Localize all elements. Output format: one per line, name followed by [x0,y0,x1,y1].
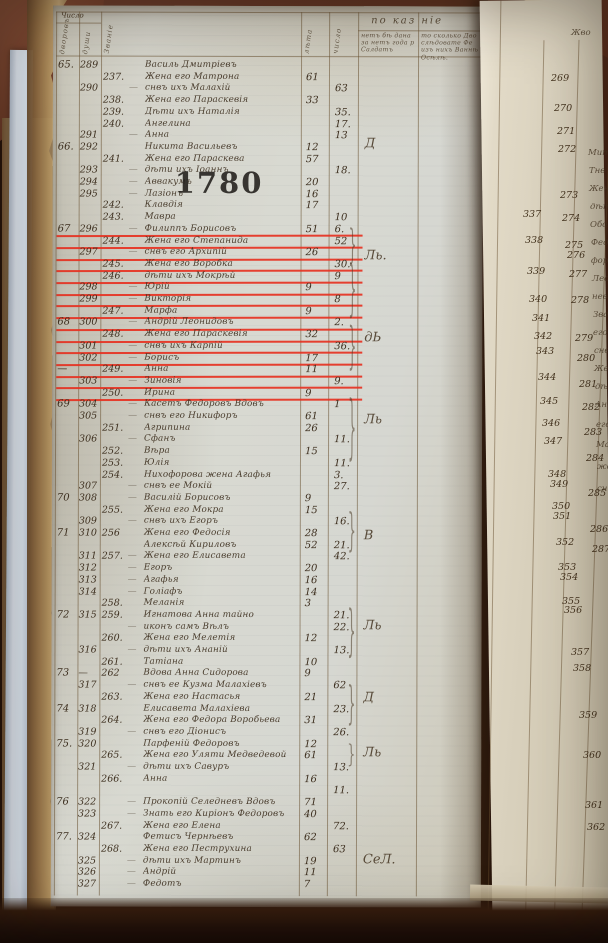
margin-notes-layer: ДЛь.дЬЛьВЛьДЛьСеЛ.}}}}}}}} [51,5,483,907]
column-rule [581,60,608,916]
clerk-margin-note: СеЛ. [363,852,396,867]
register-right-page [480,0,608,917]
clerk-margin-note: Ль. [365,248,387,263]
grouping-brace: } [347,600,355,664]
clerk-margin-note: В [364,528,374,543]
photo-of-register-page: Число дворовъ души Званіе лѣта число по … [0,0,608,943]
grouping-brace: } [348,255,356,325]
grouping-brace: } [347,740,355,769]
register-left-page: Число дворовъ души Званіе лѣта число по … [51,5,483,907]
clerk-margin-note: Ль [364,412,382,427]
year-stamp-1780: 1780 [175,166,264,200]
clerk-margin-note: Ль [363,745,381,760]
table-surface-shadow [0,898,608,943]
grouping-brace: } [347,678,355,731]
column-rule [525,40,544,916]
grouping-brace: } [348,505,356,558]
grouping-brace: } [348,388,356,470]
clerk-margin-note: Д [363,690,374,705]
clerk-margin-note: Д [365,136,376,151]
grouping-brace: } [348,318,356,376]
clerk-margin-note: дЬ [364,330,381,345]
column-rule [554,40,579,916]
column-rule [488,1,502,917]
clerk-margin-note: Ль [364,618,382,633]
